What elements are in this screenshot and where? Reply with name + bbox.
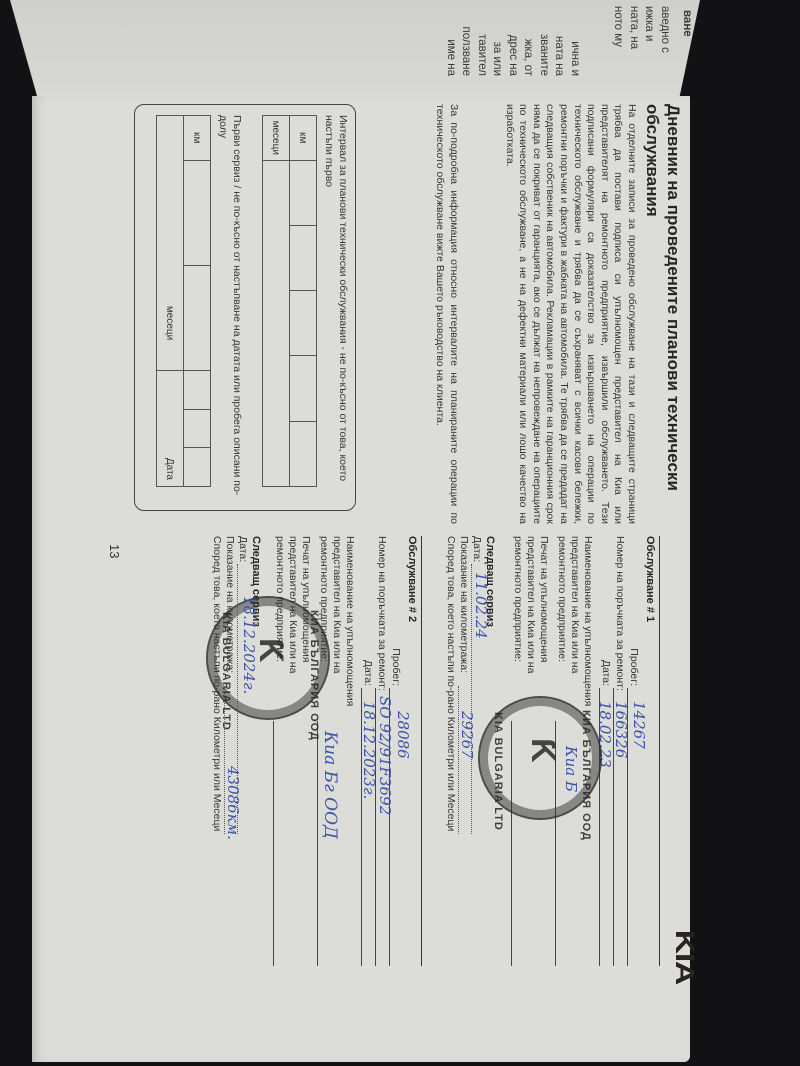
service-1-next-km-field[interactable] (458, 686, 459, 834)
prev-line: тавител (474, 6, 490, 76)
prev-line: ната на (551, 6, 567, 76)
prev-line: ползване (458, 6, 474, 76)
info-paragraph: За по-подробна информация относно интерв… (433, 104, 460, 524)
prev-line: ична и (567, 6, 583, 76)
grid-cell (290, 160, 317, 225)
service-1-mileage-label: Пробег: (627, 536, 640, 686)
first-service-grid: км месеци Дата (156, 115, 211, 487)
section-rule (659, 536, 660, 966)
service-2-dealer-value: Киа Бг ООД (320, 731, 340, 839)
grid-cell (184, 409, 211, 448)
prev-line: ното му (610, 6, 626, 53)
prev-line: дрес на (505, 6, 521, 76)
service-2-mileage-value: 28086 (394, 711, 412, 759)
first-service-description: Първи сервиз / не по-късно от настъпване… (216, 115, 243, 505)
service-1-stamp-label: Печат на упълномощения представител на К… (511, 536, 550, 716)
service-2-next-note: Според това, което настъпи по-рано Килом… (210, 536, 223, 836)
service-1-next-date-value: 11.02.24 (472, 572, 490, 639)
service-1-next-km-label: Показание на километража: (457, 536, 470, 686)
service-1-order-label: Номер на поръчката за ремонт: (613, 536, 626, 686)
service-2-title: Обслужване # 2 (406, 536, 418, 622)
first-service-months-label: месеци (157, 116, 184, 371)
interval-description: Интервал за планови технически обслужван… (322, 115, 349, 505)
service-2-next-date-value: 18.12.2024г. (240, 596, 258, 694)
service-2-next-km-value: 43086км. (224, 766, 242, 840)
service-1-mileage-value: 14267 (630, 701, 648, 749)
section-rule (421, 536, 422, 966)
service-interval-box: Интервал за планови технически обслужван… (134, 104, 356, 511)
prev-fragment-block-2: ична и ната на званите жка, от дрес на з… (443, 6, 583, 76)
grid-cell (184, 160, 211, 265)
stamp-text: КИА БЪЛГАРИЯ ООД (308, 610, 320, 741)
service-1-next-km-value: 29267 (458, 711, 476, 759)
stamp-logo-icon: Ƙ (523, 738, 562, 763)
prev-line: ижка и (641, 6, 657, 53)
service-2-dealer-field[interactable] (317, 721, 318, 966)
service-2-stamp-field (273, 721, 274, 966)
dealer-stamp-1: КИА БЪЛГАРИЯ ООД KIA BULGARIA LTD Ƙ (478, 696, 602, 820)
grid-cell (290, 225, 317, 290)
prev-line: ната, на (626, 6, 642, 53)
grid-cell (184, 371, 211, 410)
previous-page-fragment: ване аведно с ижка и ната, на ното му ич… (10, 0, 700, 98)
grid-cell (184, 265, 211, 370)
service-2-date-value: 18.12.2023г. (360, 701, 378, 799)
prev-line: аведно с (657, 6, 673, 53)
page-title: Дневник на проведените планови техническ… (642, 104, 684, 524)
prev-line: званите (536, 6, 552, 76)
grid-cell (290, 421, 317, 486)
service-1-dealer-label: Наименование на упълномощения представит… (555, 536, 594, 716)
service-2-dealer-label: Наименование на упълномощения представит… (317, 536, 356, 716)
interval-grid: км месеци (262, 115, 317, 487)
prev-line: за или (489, 6, 505, 76)
stamp-text: КИА БЪЛГАРИЯ ООД (580, 710, 592, 841)
prev-fragment-block-1: аведно с ижка и ната, на ното му (610, 6, 672, 53)
page-number: 13 (107, 544, 122, 558)
intro-paragraph: На отделните записи за проведено обслужв… (502, 104, 638, 524)
service-2-order-value: SO 92/91F3692 (376, 696, 394, 815)
service-1-next-note: Според това, което настъпи по-рано Килом… (444, 536, 457, 836)
previous-page-text: ване аведно с ижка и ната, на ното му ич… (10, 0, 700, 98)
grid-cell (290, 356, 317, 421)
service-2-mileage-label: Пробег: (389, 536, 402, 686)
page-content-rotated: Дневник на проведените планови техническ… (32, 96, 690, 1062)
service-2-next-km-label: Показание на километража: (223, 536, 236, 686)
interval-months-label: месеци (263, 116, 290, 161)
service-1-order-value: 166326 (612, 701, 630, 758)
first-service-date-label: Дата (157, 371, 184, 487)
service-book-page: Дневник на проведените планови техническ… (32, 96, 690, 1062)
service-1-date-label: Дата: (599, 536, 612, 686)
grid-cell (290, 291, 317, 356)
grid-cell (184, 448, 211, 487)
interval-km-label: км (290, 116, 317, 161)
prev-line: жка, от (520, 6, 536, 76)
service-2-date-label: Дата: (361, 536, 374, 686)
grid-cell (263, 160, 290, 486)
kia-logo-icon: KIA (669, 930, 700, 984)
stamp-text: KIA BULGARIA LTD (492, 712, 504, 831)
service-1-title: Обслужване # 1 (644, 536, 656, 622)
first-service-km-label: км (184, 116, 211, 161)
prev-fragment-heading: ване (679, 10, 695, 37)
prev-line: име на (443, 6, 459, 76)
service-2-order-label: Номер на поръчката за ремонт: (375, 536, 388, 686)
